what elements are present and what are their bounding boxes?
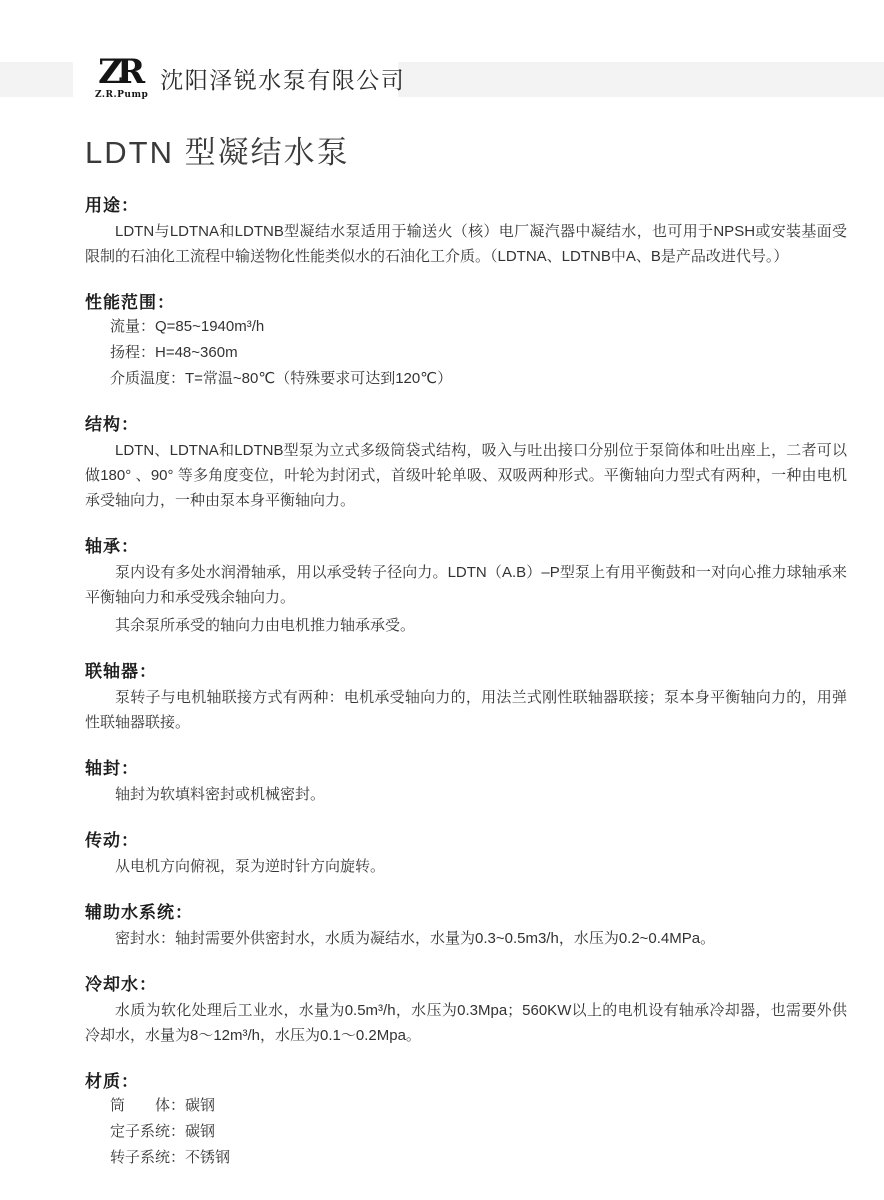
section-coupling: 联轴器：泵转子与电机轴联接方式有两种：电机承受轴向力的，用法兰式刚性联轴器联接；… [85,662,847,735]
section-shaft-seal: 轴封：轴封为软填料密封或机械密封。 [85,759,847,807]
body-paragraph: 泵转子与电机轴联接方式有两种：电机承受轴向力的，用法兰式刚性联轴器联接；泵本身平… [85,685,847,735]
document-page: ZR Z.R.Pump 沈阳泽锐水泵有限公司 LDTN 型凝结水泵 用途：LDT… [0,0,884,1200]
spec-line: 转子系统：不锈钢 [110,1145,847,1170]
document-content: LDTN 型凝结水泵 用途：LDTN与LDTNA和LDTNB型凝结水泵适用于输送… [85,0,847,1170]
document-sections: 用途：LDTN与LDTNA和LDTNB型凝结水泵适用于输送火（核）电厂凝汽器中凝… [85,196,847,1170]
body-paragraph: LDTN与LDTNA和LDTNB型凝结水泵适用于输送火（核）电厂凝汽器中凝结水，… [85,219,847,269]
body-paragraph: 其余泵所承受的轴向力由电机推力轴承承受。 [85,613,847,638]
spec-line: 筒 体：碳钢 [110,1093,847,1118]
section-cooling-water: 冷却水：水质为软化处理后工业水，水量为0.5m³/h，水压为0.3Mpa；560… [85,975,847,1048]
document-title: LDTN 型凝结水泵 [85,134,847,172]
spec-line: 流量：Q=85~1940m³/h [110,314,847,339]
section-material: 材质：筒 体：碳钢定子系统：碳钢转子系统：不锈钢 [85,1072,847,1170]
section-performance-range: 性能范围：流量：Q=85~1940m³/h扬程：H=48~360m介质温度：T=… [85,293,847,391]
section-heading: 传动： [85,831,847,851]
section-heading: 联轴器： [85,662,847,682]
body-paragraph: 泵内设有多处水润滑轴承，用以承受转子径向力。LDTN（A.B）–P型泵上有用平衡… [85,560,847,610]
section-drive: 传动：从电机方向俯视，泵为逆时针方向旋转。 [85,831,847,879]
section-heading: 材质： [85,1072,847,1092]
spec-line: 介质温度：T=常温~80℃（特殊要求可达到120℃） [110,366,847,391]
body-paragraph: 轴封为软填料密封或机械密封。 [85,782,847,807]
section-structure: 结构：LDTN、LDTNA和LDTNB型泵为立式多级筒袋式结构，吸入与吐出接口分… [85,415,847,513]
body-paragraph: 水质为软化处理后工业水，水量为0.5m³/h，水压为0.3Mpa；560KW以上… [85,998,847,1048]
section-heading: 结构： [85,415,847,435]
spec-line: 扬程：H=48~360m [110,340,847,365]
section-heading: 冷却水： [85,975,847,995]
section-heading: 辅助水系统： [85,903,847,923]
body-paragraph: LDTN、LDTNA和LDTNB型泵为立式多级筒袋式结构，吸入与吐出接口分别位于… [85,438,847,513]
section-heading: 性能范围： [85,293,847,313]
section-bearing: 轴承：泵内设有多处水润滑轴承，用以承受转子径向力。LDTN（A.B）–P型泵上有… [85,537,847,638]
section-heading: 轴封： [85,759,847,779]
spec-line: 定子系统：碳钢 [110,1119,847,1144]
body-paragraph: 密封水：轴封需要外供密封水，水质为凝结水，水量为0.3~0.5m3/h，水压为0… [85,926,847,951]
section-heading: 用途： [85,196,847,216]
body-paragraph: 从电机方向俯视，泵为逆时针方向旋转。 [85,854,847,879]
section-auxiliary-water-system: 辅助水系统：密封水：轴封需要外供密封水，水质为凝结水，水量为0.3~0.5m3/… [85,903,847,951]
section-heading: 轴承： [85,537,847,557]
section-usage: 用途：LDTN与LDTNA和LDTNB型凝结水泵适用于输送火（核）电厂凝汽器中凝… [85,196,847,269]
